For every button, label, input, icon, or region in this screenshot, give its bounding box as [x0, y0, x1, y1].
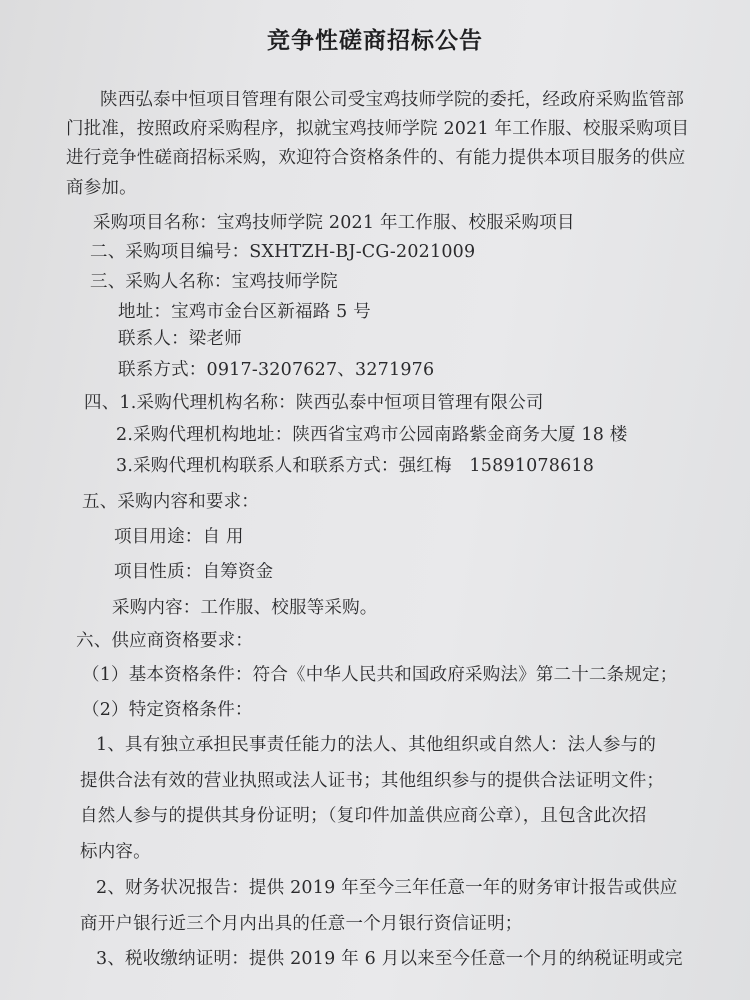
agency-contact: 3.采购代理机构联系人和联系方式：强红梅 15891078618	[116, 452, 594, 477]
project-nature: 项目性质：自筹资金	[114, 558, 273, 583]
requirement-2-line: 2、财务状况报告：提供 2019 年至今三年任意一年的财务审计报告或供应	[96, 874, 678, 899]
qualification-heading: 六、供应商资格要求：	[76, 627, 253, 652]
intro-line: 陕西弘泰中恒项目管理有限公司受宝鸡技师学院的委托，经政府采购监管部	[100, 86, 684, 111]
requirement-1-line: 提供合法有效的营业执照或法人证书；其他组织参与的提供合法证明文件；	[80, 767, 664, 792]
project-name: 采购项目名称：宝鸡技师学院 2021 年工作服、校服采购项目	[93, 209, 575, 234]
project-usage: 项目用途：自 用	[114, 523, 244, 548]
requirement-3-line: 3、税收缴纳证明：提供 2019 年 6 月以来至今任意一个月的纳税证明或完	[96, 945, 683, 970]
agency-name: 四、1.采购代理机构名称：陕西弘泰中恒项目管理有限公司	[84, 389, 544, 414]
requirement-1-line: 标内容。	[80, 838, 151, 863]
purchaser-address: 地址：宝鸡市金台区新福路 5 号	[118, 298, 371, 323]
requirement-2-line: 商开户银行近三个月内出具的任意一个月银行资信证明；	[80, 910, 523, 935]
purchaser-name: 三、采购人名称：宝鸡技师学院	[90, 268, 338, 293]
content-heading: 五、采购内容和要求：	[82, 488, 259, 513]
project-number: 二、采购项目编号：SXHTZH-BJ-CG-2021009	[90, 238, 475, 263]
purchase-content: 采购内容：工作服、校服等采购。	[112, 594, 378, 619]
requirement-1-line: 自然人参与的提供其身份证明；（复印件加盖供应商公章），且包含此次招	[80, 802, 647, 827]
purchaser-contact: 联系人：梁老师	[118, 325, 242, 350]
basic-qualification: （1）基本资格条件：符合《中华人民共和国政府采购法》第二十二条规定；	[82, 661, 677, 686]
agency-address: 2.采购代理机构地址：陕西省宝鸡市公园南路紫金商务大厦 18 楼	[116, 421, 628, 446]
announcement-page: 竞争性磋商招标公告 陕西弘泰中恒项目管理有限公司受宝鸡技师学院的委托，经政府采购…	[0, 0, 750, 1000]
requirement-1-line: 1、具有独立承担民事责任能力的法人、其他组织或自然人：法人参与的	[96, 731, 656, 756]
intro-line: 商参加。	[66, 174, 137, 199]
specific-qualification: （2）特定资格条件：	[82, 696, 253, 721]
purchaser-phone: 联系方式：0917-3207627、3271976	[118, 356, 434, 381]
intro-line: 进行竞争性磋商招标采购，欢迎符合资格条件的、有能力提供本项目服务的供应	[66, 144, 686, 169]
intro-line: 门批准，按照政府采购程序，拟就宝鸡技师学院 2021 年工作服、校服采购项目	[66, 115, 689, 140]
document-title: 竞争性磋商招标公告	[0, 22, 750, 55]
